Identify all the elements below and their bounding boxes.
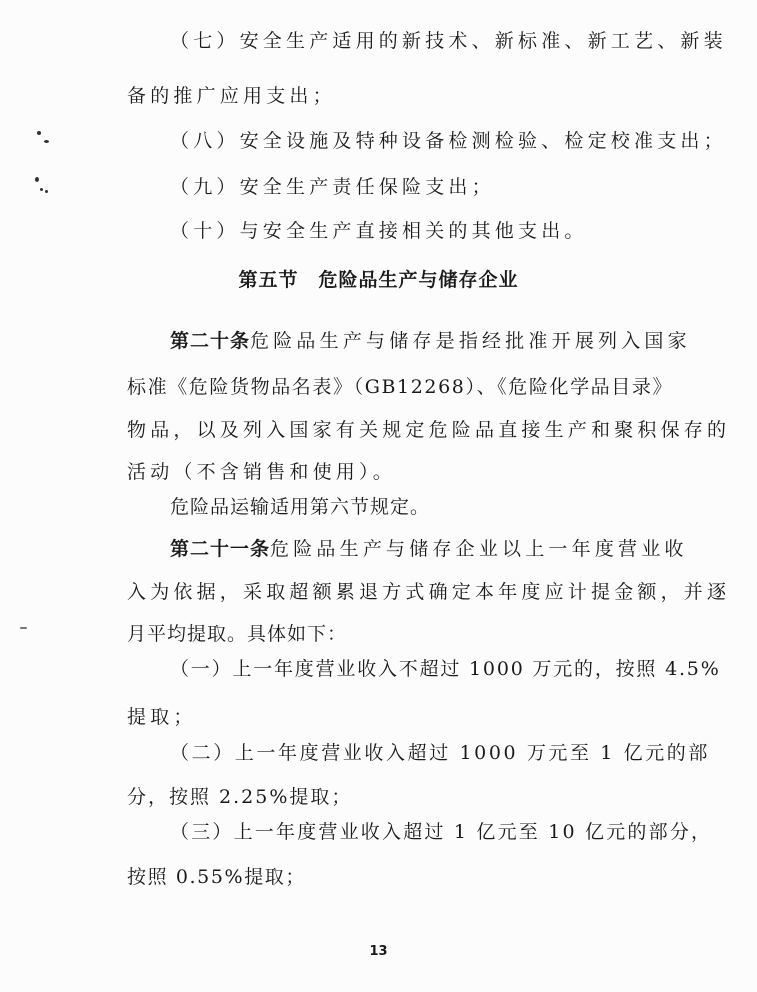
article-20-label: 第二十条 xyxy=(170,330,250,352)
article-20-line3: 物品，以及列入国家有关规定危险品直接生产和聚积保存的 xyxy=(127,418,730,442)
transport-note: 危险品运输适用第六节规定。 xyxy=(170,495,430,519)
page-number: 13 xyxy=(0,944,757,959)
tier-3-line2: 按照 0.55%提取； xyxy=(127,865,306,889)
scan-speck xyxy=(40,188,43,191)
list-item-7-line1: （七）安全生产适用的新技术、新标准、新工艺、新装 xyxy=(170,29,727,53)
list-item-8: （八）安全设施及特种设备检测检验、检定校准支出； xyxy=(170,129,727,153)
scan-speck xyxy=(37,131,41,135)
article-21-line1: 第二十一条危险品生产与储存企业以上一年度营业收 xyxy=(170,537,688,561)
list-item-9: （九）安全生产责任保险支出； xyxy=(170,175,495,199)
section-heading: 第五节 危险品生产与储存企业 xyxy=(0,268,757,292)
article-20-line1: 第二十条危险品生产与储存是指经批准开展列入国家 xyxy=(170,329,691,353)
list-item-7-line2: 备的推广应用支出； xyxy=(127,84,336,108)
article-21-line3: 月平均提取。具体如下： xyxy=(127,622,347,646)
tier-3-line1: （三）上一年度营业收入超过 1 亿元至 10 亿元的部分， xyxy=(170,820,712,844)
document-page: （七）安全生产适用的新技术、新标准、新工艺、新装 备的推广应用支出； （八）安全… xyxy=(0,0,757,992)
article-21-line2: 入为依据，采取超额累退方式确定本年度应计提金额，并逐 xyxy=(127,580,730,604)
article-21-label: 第二十一条 xyxy=(170,538,270,560)
article-20-line2: 标准《危险货物品名表》（GB12268）、《危险化学品目录》 xyxy=(127,375,673,399)
article-21-text: 危险品生产与储存企业以上一年度营业收 xyxy=(270,538,688,560)
article-20-line4: 活动（不含销售和使用）。 xyxy=(127,460,396,484)
scan-speck xyxy=(45,190,48,193)
tier-2-line2: 分，按照 2.25%提取； xyxy=(127,785,352,809)
scan-speck xyxy=(35,177,39,182)
scan-speck xyxy=(44,140,49,143)
list-item-10: （十）与安全生产直接相关的其他支出。 xyxy=(170,219,588,243)
tier-2-line1: （二）上一年度营业收入超过 1000 万元至 1 亿元的部 xyxy=(170,741,710,765)
scan-speck xyxy=(20,627,27,629)
tier-1-line1: （一）上一年度营业收入不超过 1000 万元的，按照 4.5% xyxy=(170,657,721,681)
tier-1-line2: 提取； xyxy=(127,705,197,729)
article-20-text: 危险品生产与储存是指经批准开展列入国家 xyxy=(250,330,691,352)
